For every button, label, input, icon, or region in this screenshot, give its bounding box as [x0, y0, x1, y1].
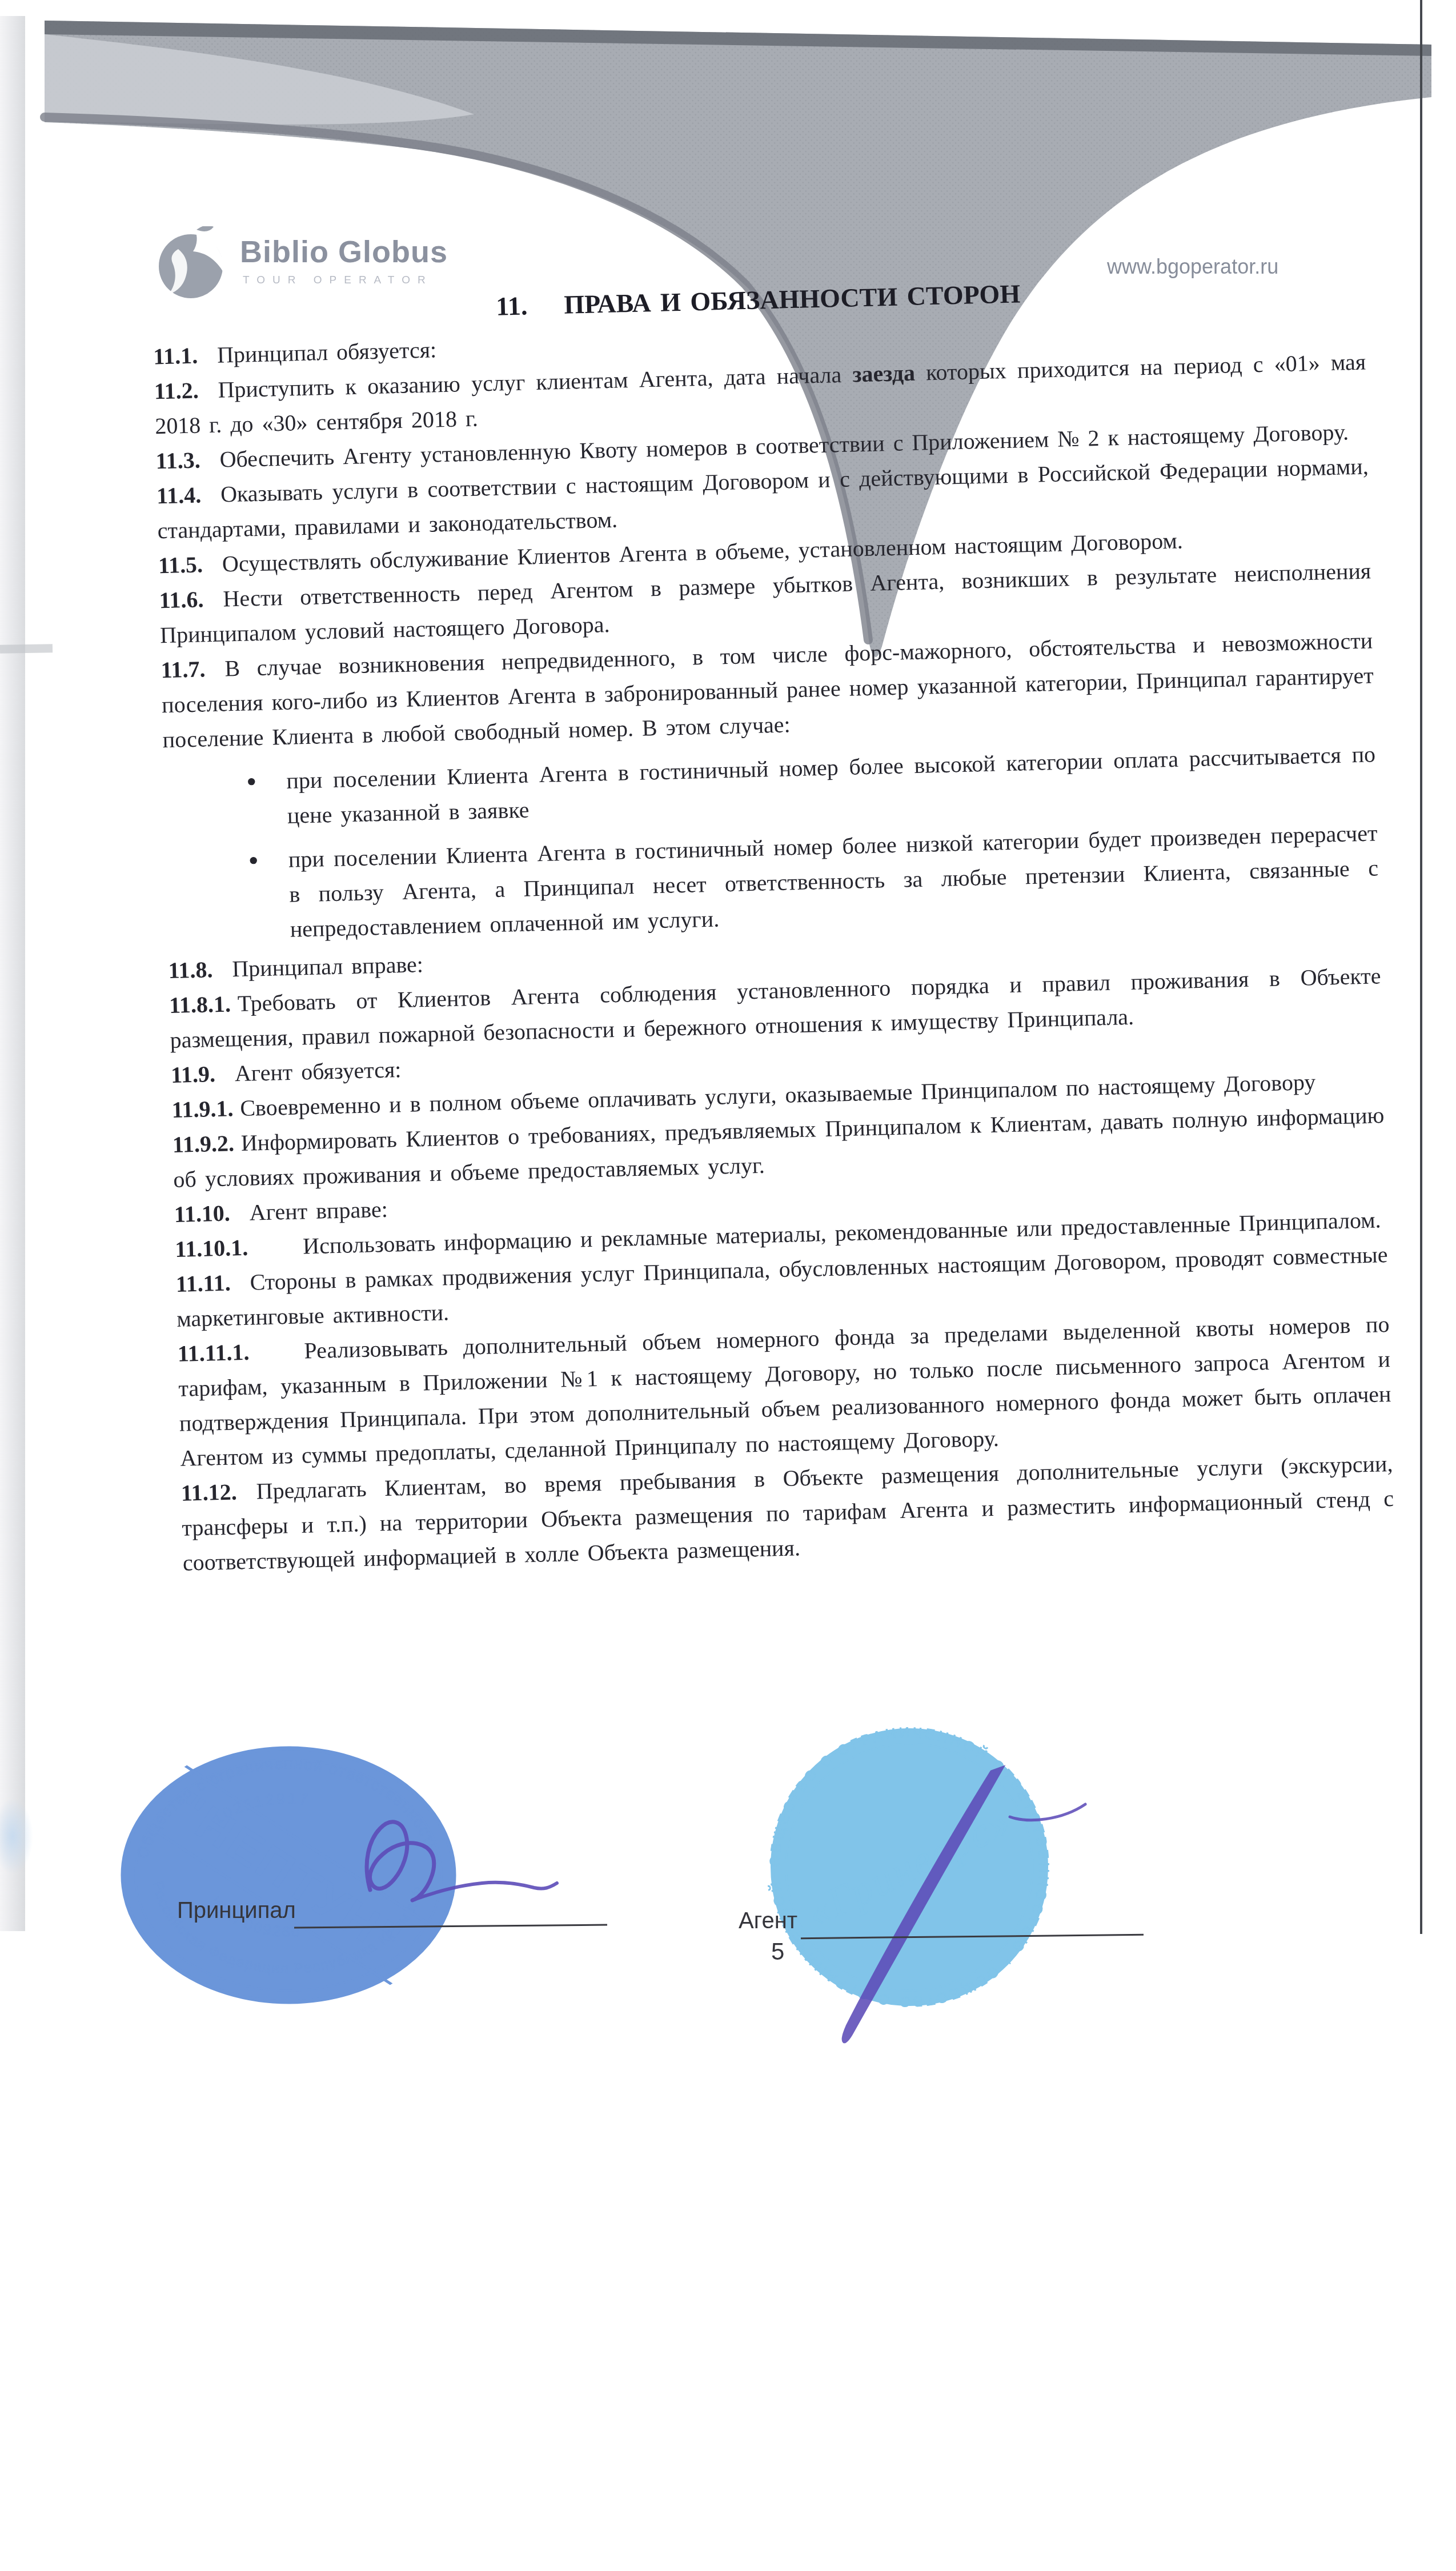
svg-text:ОБЩЕСТВО С ОГРАНИЧЕННОЙ ОТВЕТС: ОБЩЕСТВО С ОГРАНИЧЕННОЙ ОТВЕТСТВЕННОСТЬЮ…	[767, 1725, 1052, 2010]
clause-number: 11.7.	[161, 656, 206, 683]
clause-text: Агент обязуется:	[234, 1056, 402, 1086]
ink-smear-artifact	[0, 1799, 33, 1874]
globe-swoosh-icon	[155, 226, 230, 301]
agent-stamp: ОБЩЕСТВО С ОГРАНИЧЕННОЙ ОТВЕТСТВЕННОСТЬЮ…	[767, 1725, 1052, 2010]
clause-number: 11.10.1.	[175, 1235, 248, 1262]
scan-dash-artifact	[0, 644, 53, 654]
clause-text: при поселении Клиента Агента в гостиничн…	[286, 741, 1376, 828]
clause-text: при поселении Клиента Агента в гостиничн…	[288, 820, 1378, 942]
principal-signature	[367, 1822, 557, 1900]
clause-number: 11.11.1.	[177, 1339, 250, 1367]
clause-number: 11.3.	[155, 447, 200, 474]
scan-left-edge-artifact	[0, 16, 25, 1931]
clause-number: 11.8.	[168, 956, 213, 983]
clause-number: 11.6.	[159, 586, 204, 613]
bullet-dot: ●	[246, 764, 257, 799]
clause-text: Принципал вправе:	[232, 951, 424, 982]
clause-number: 11.10.	[174, 1200, 230, 1227]
clause-number: 11.2.	[154, 377, 199, 404]
stamp-ring-top-text: Общество с ограниченной ответственностью	[134, 1755, 444, 1867]
clause-text: Реализовывать дополнительный объем номер…	[178, 1311, 1391, 1471]
clause-number: 11.1.	[153, 342, 198, 369]
clause-bold-text: заезда	[852, 360, 915, 387]
clause-number: 11.9.2.	[172, 1130, 234, 1158]
scan-edge-line	[1420, 0, 1422, 1934]
agent-label: Агент	[739, 1908, 797, 1934]
clause-number: 11.12.	[181, 1479, 237, 1505]
section-number: 11.	[496, 291, 528, 321]
agent-stamp-company-name: «Гринверс»	[799, 1797, 1020, 1937]
brand-tagline: TOUR OPERATOR	[243, 274, 433, 287]
principal-stamp: Общество с ограниченной ответственностью…	[123, 1748, 454, 2002]
stamp-company-name: "НЕПТУН"	[166, 1781, 412, 1968]
stamp-inner-number: 9102112917	[200, 1790, 311, 1835]
clause-text: Агент вправе:	[249, 1196, 388, 1226]
clause-number: 11.4.	[157, 482, 202, 508]
agent-stamp-ring-text: ОБЩЕСТВО С ОГРАНИЧЕННОЙ ОТВЕТСТВЕННОСТЬЮ…	[767, 1725, 1052, 2010]
agent-signature	[843, 1767, 1085, 2043]
clause-number: 11.9.1.	[171, 1095, 234, 1123]
svg-text:Российская Федерация Республик: Российская Федерация Республика Крым г. …	[150, 1880, 426, 1977]
clause-number: 11.9.	[171, 1061, 216, 1088]
clause-number: 11.5.	[158, 551, 203, 578]
principal-signature-line	[294, 1924, 607, 1929]
clauses: 11.1.Принципал обязуется:11.2.Приступить…	[153, 310, 1395, 1580]
svg-text:Общество с ограниченной ответс: Общество с ограниченной ответственностью	[134, 1755, 444, 1867]
page-number: 5	[771, 1938, 784, 1965]
stamp-ring-bottom-text: Российская Федерация Республика Крым г. …	[150, 1880, 426, 1977]
scanned-contract-page: Biblio Globus TOUR OPERATOR www.bgoperat…	[0, 0, 1456, 2571]
section-title-text: ПРАВА И ОБЯЗАННОСТИ СТОРОН	[564, 279, 1021, 319]
contract-body: 11.ПРАВА И ОБЯЗАННОСТИ СТОРОН 11.1.Принц…	[152, 268, 1395, 1580]
principal-label: Принципал	[177, 1898, 296, 1924]
svg-text:9102112917: 9102112917	[200, 1790, 311, 1835]
clause-number: 11.8.1.	[169, 991, 231, 1018]
bullet-dot: ●	[248, 843, 259, 878]
clause-number: 11.11.	[175, 1270, 231, 1297]
agent-signature-line	[801, 1934, 1144, 1939]
clause-text: Принципал обязуется:	[217, 337, 437, 367]
brand-name: Biblio Globus	[240, 234, 448, 270]
